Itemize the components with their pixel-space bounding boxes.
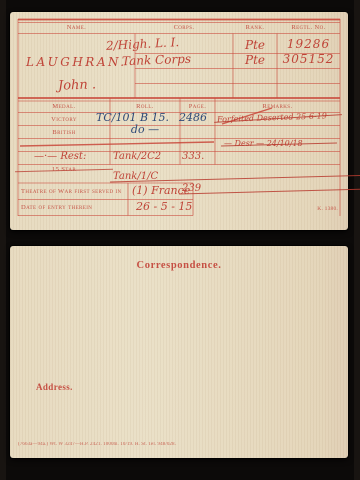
roll-ref-star: Tank/1/C (113, 171, 360, 183)
medal-label-star: 15 Star (18, 166, 110, 174)
header-regtl-no: Regtl. No. (277, 24, 340, 32)
header-page: Page. (180, 103, 215, 111)
medal-label-rest: —·— Rest: (34, 151, 86, 163)
theatre-of-war-label: Theatre of War first served in (21, 188, 125, 196)
page-ref-star: 239 (182, 183, 360, 195)
correspondence-title: Correspondence. (10, 260, 348, 271)
corps-entry-1: 2/High. L. I. (106, 36, 180, 52)
page-ref-victory: 2486 (179, 112, 207, 124)
header-rank: Rank. (233, 24, 277, 32)
form-number: K. 1380. (292, 206, 338, 212)
roll-ref-rest: Tank/2C2 (113, 151, 161, 163)
header-corps: Corps. (135, 24, 233, 32)
header-medal: Medal. (18, 103, 110, 111)
roll-ref-british: do — (110, 124, 180, 136)
soldier-forename: John . (58, 79, 96, 92)
header-roll: Roll. (110, 103, 180, 111)
remark-line-2: — Desr — 24/10/18 (224, 138, 334, 150)
printers-imprint: (7663a—94a.) Wt. W 3247—H.P. 2421. 1000m… (18, 442, 176, 447)
header-name: Name. (18, 24, 135, 32)
date-of-entry-value: 26 - 5 - 15 (136, 201, 192, 213)
corps-entry-2: Tank Corps (122, 53, 191, 67)
medal-label-british: British (18, 129, 110, 137)
address-label: Address. (36, 382, 73, 392)
theatre-of-war-value: (1) France (132, 185, 190, 197)
soldier-surname: LAUGHRAN. (26, 56, 127, 68)
rank-entry-2: Pte (233, 54, 277, 66)
regtl-no-entry-2: 305152 (277, 53, 340, 65)
remark-line-1: Forfeited Deserted 25-6-19 (217, 110, 339, 126)
regtl-no-entry-1: 19286 (277, 38, 340, 50)
page-ref-rest: 333. (182, 151, 204, 163)
rank-entry-1: Pte (233, 39, 277, 51)
date-of-entry-label: Date of entry therein (21, 204, 125, 212)
medal-index-card-front: Name. Corps. Rank. Regtl. No. LAUGHRAN. … (10, 12, 348, 230)
medal-index-card-back: Correspondence. Address. (7663a—94a.) Wt… (10, 246, 348, 458)
